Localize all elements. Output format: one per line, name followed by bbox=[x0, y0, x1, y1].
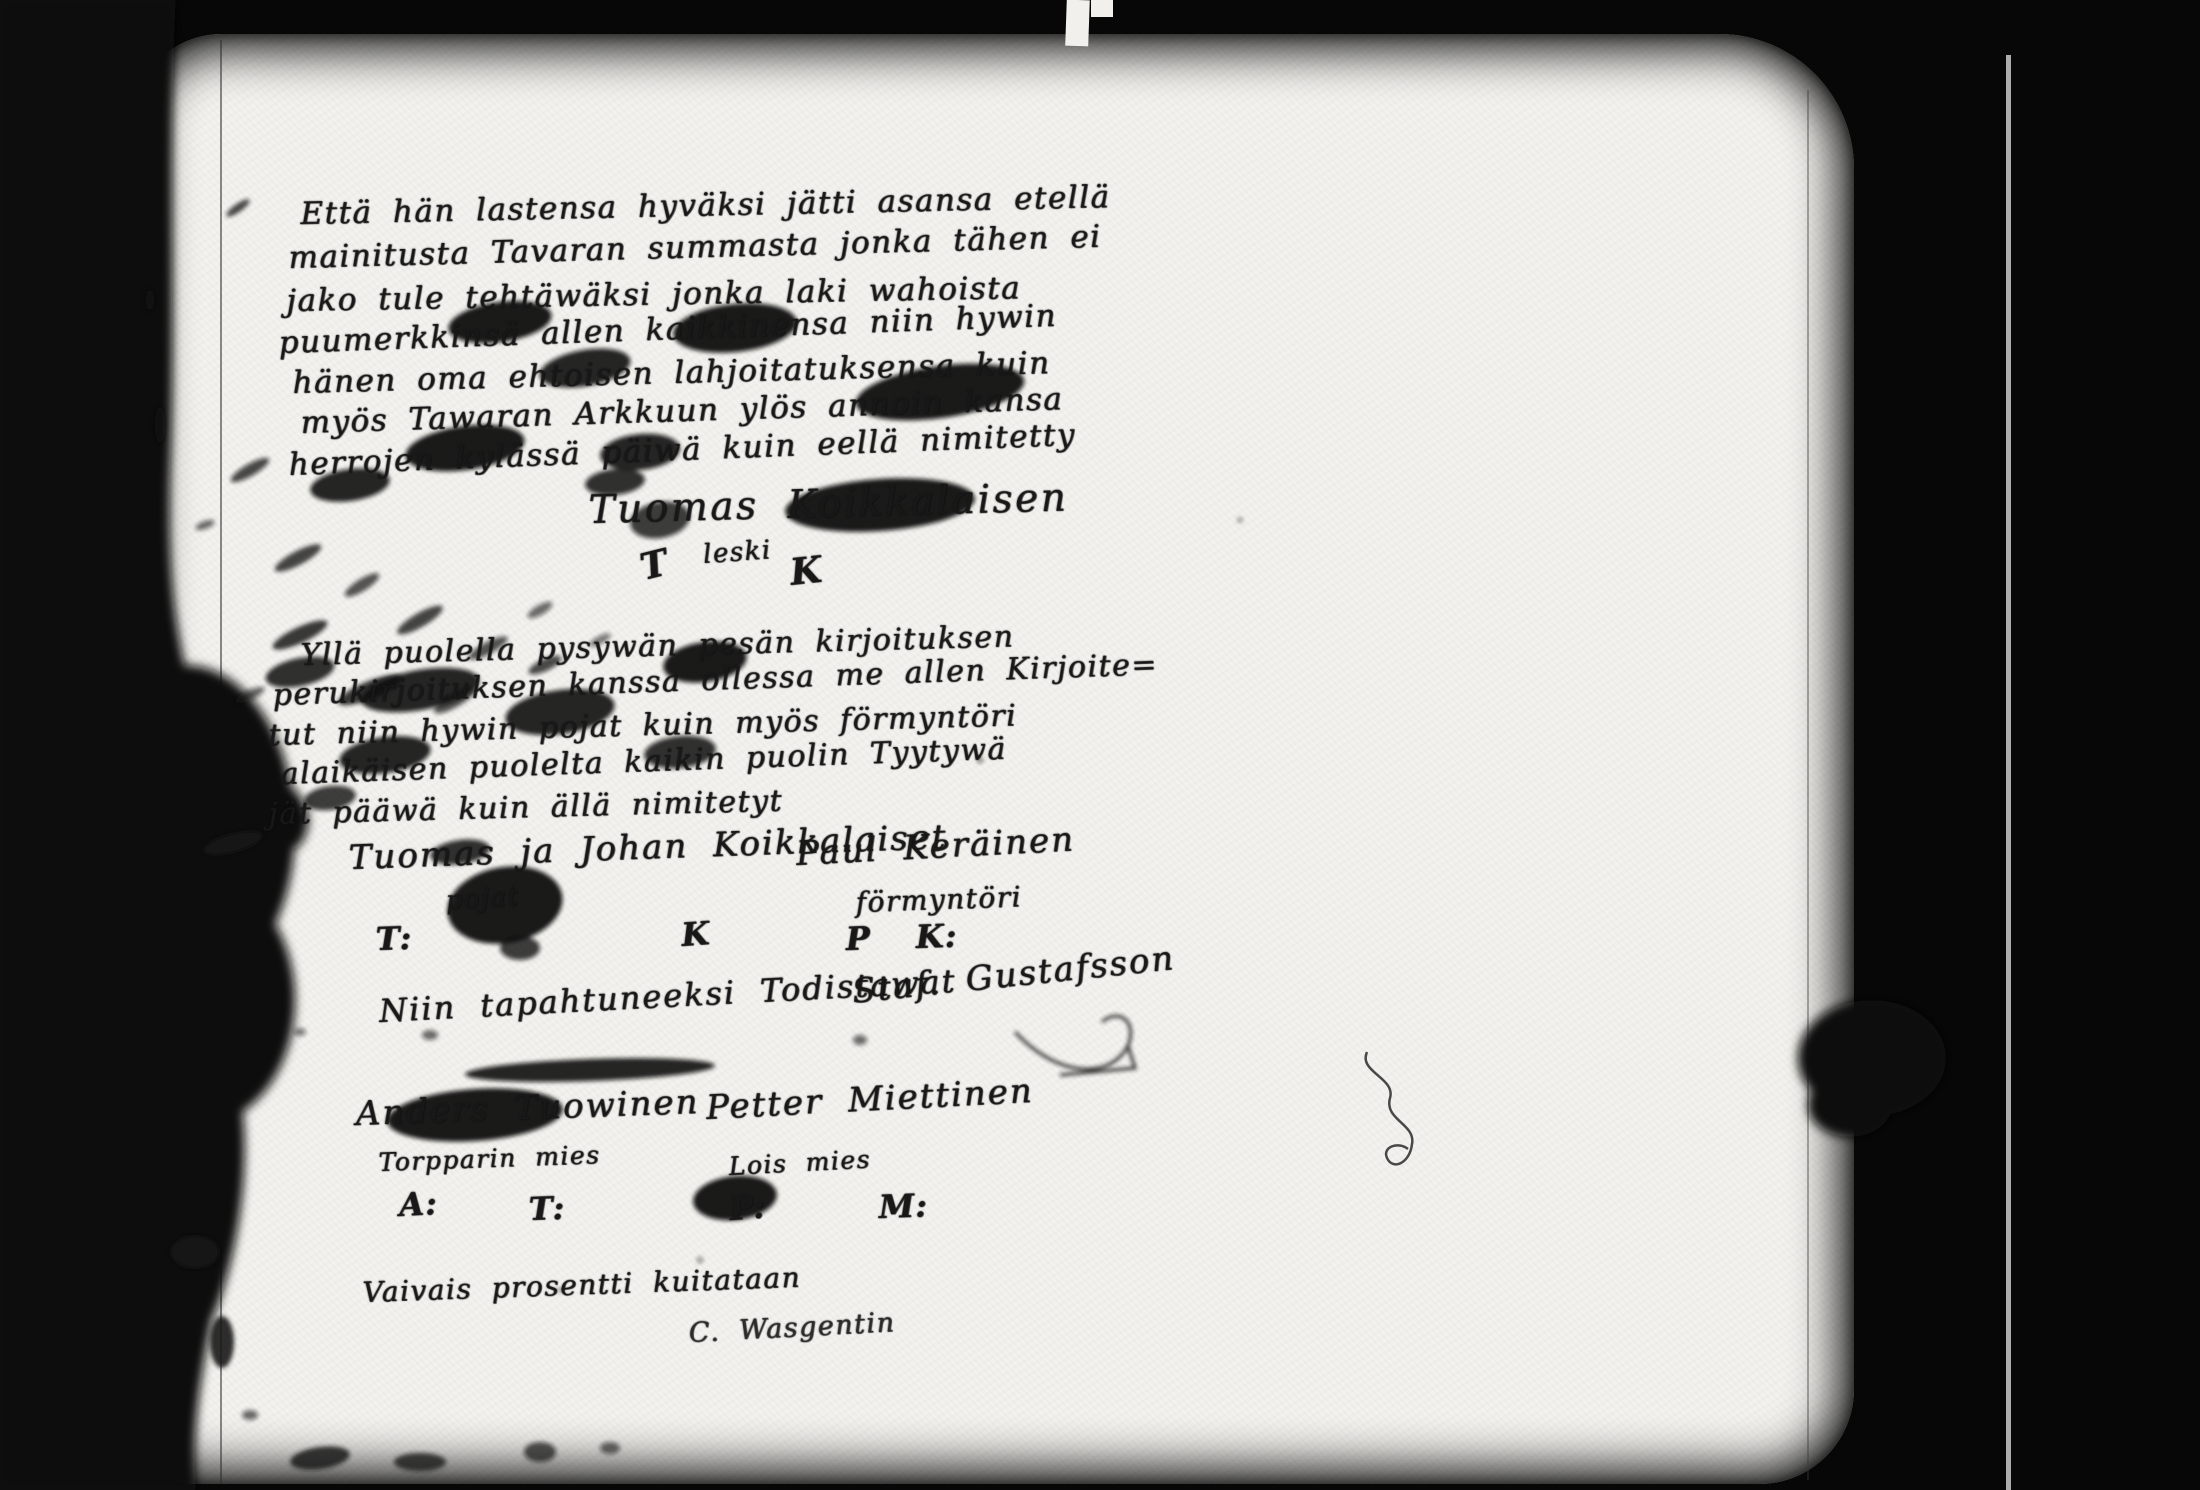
heirs-mark-4: K: bbox=[915, 917, 958, 956]
guardian-role: förmyntöri bbox=[855, 880, 1023, 919]
heirs-mark-3: P bbox=[845, 919, 871, 958]
widow-signature-role: leski bbox=[702, 535, 773, 570]
film-sprocket-notch bbox=[1065, 0, 1090, 46]
witness2-mark-2: M: bbox=[878, 1186, 929, 1226]
microfilm-scan-frame: Että hän lastensa hyväksi jätti asansa e… bbox=[0, 0, 2200, 1490]
film-sprocket-notch-small bbox=[1091, 0, 1113, 17]
witness1-mark-1: A: bbox=[398, 1184, 439, 1224]
witness2-mark-1: P: bbox=[728, 1187, 767, 1227]
witness1-mark-2: T: bbox=[528, 1189, 566, 1228]
widow-mark-K: K bbox=[788, 549, 825, 594]
film-edge-highlight bbox=[2006, 55, 2011, 1490]
heirs-mark-2: K bbox=[680, 914, 711, 954]
heirs-sub-pojat: pojat bbox=[445, 882, 520, 916]
heirs-mark-1: T: bbox=[375, 919, 413, 958]
